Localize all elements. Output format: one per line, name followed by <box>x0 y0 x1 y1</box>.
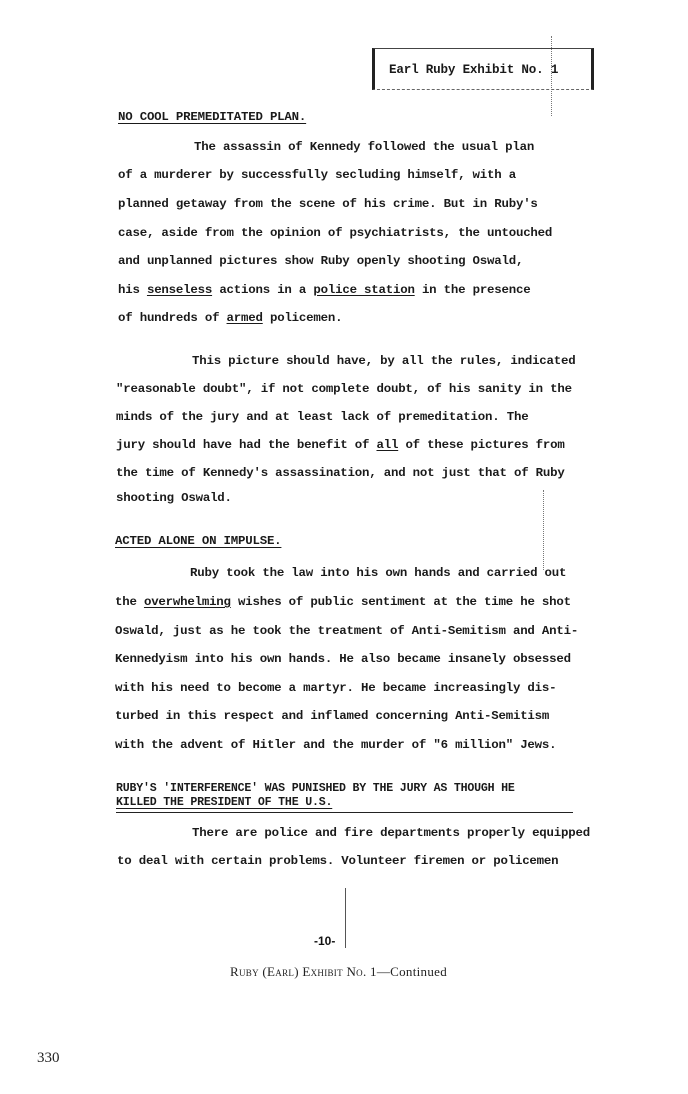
exhibit-label: Earl Ruby Exhibit No. 1 <box>389 63 558 77</box>
underlined-phrase: police station <box>313 283 414 297</box>
text-line: turbed in this respect and inflamed conc… <box>115 709 549 723</box>
text-line: case, aside from the opinion of psychiat… <box>118 226 552 240</box>
text-line: shooting Oswald. <box>116 491 232 505</box>
text-line: Kennedyism into his own hands. He also b… <box>115 652 571 666</box>
section-heading-interference-line2: KILLED THE PRESIDENT OF THE U.S. <box>116 796 332 809</box>
text-line: with his need to become a martyr. He bec… <box>115 681 556 695</box>
text-line: The assassin of Kennedy followed the usu… <box>194 140 534 154</box>
text-line: the time of Kennedy's assassination, and… <box>116 466 565 480</box>
text-line: his senseless actions in a police statio… <box>118 283 530 297</box>
text-line: Oswald, just as he took the treatment of… <box>115 624 578 638</box>
text-line: Ruby took the law into his own hands and… <box>190 566 566 580</box>
exhibit-label-box: Earl Ruby Exhibit No. 1 <box>372 48 594 90</box>
text-line: minds of the jury and at least lack of p… <box>116 410 528 424</box>
underlined-word: armed <box>227 311 263 325</box>
section-heading-acted-alone: ACTED ALONE ON IMPULSE. <box>115 534 281 548</box>
text-line: jury should have had the benefit of all … <box>116 438 565 452</box>
underlined-word: senseless <box>147 283 212 297</box>
text-line: There are police and fire departments pr… <box>192 826 590 840</box>
scan-artifact <box>543 490 544 570</box>
underlined-word: overwhelming <box>144 595 231 609</box>
text-line: with the advent of Hitler and the murder… <box>115 738 556 752</box>
scan-artifact <box>551 36 552 116</box>
section-heading-no-cool-plan: NO COOL PREMEDITATED PLAN. <box>118 110 306 124</box>
text-line: the overwhelming wishes of public sentim… <box>115 595 571 609</box>
text-line: to deal with certain problems. Volunteer… <box>117 854 558 868</box>
heading-rule <box>116 812 573 813</box>
text-line: "reasonable doubt", if not complete doub… <box>116 382 572 396</box>
text-line: and unplanned pictures show Ruby openly … <box>118 254 523 268</box>
typed-page-number: -10- <box>314 934 335 948</box>
book-page-number: 330 <box>37 1050 60 1067</box>
text-line: of hundreds of armed policemen. <box>118 311 342 325</box>
text-line: This picture should have, by all the rul… <box>192 354 576 368</box>
text-line: of a murderer by successfully secluding … <box>118 168 516 182</box>
exhibit-caption: Ruby (Earl) Exhibit No. 1—Continued <box>230 964 447 980</box>
underlined-word: all <box>376 438 398 452</box>
scan-artifact <box>345 888 346 948</box>
section-heading-interference-line1: RUBY'S 'INTERFERENCE' WAS PUNISHED BY TH… <box>116 782 515 795</box>
text-line: planned getaway from the scene of his cr… <box>118 197 538 211</box>
